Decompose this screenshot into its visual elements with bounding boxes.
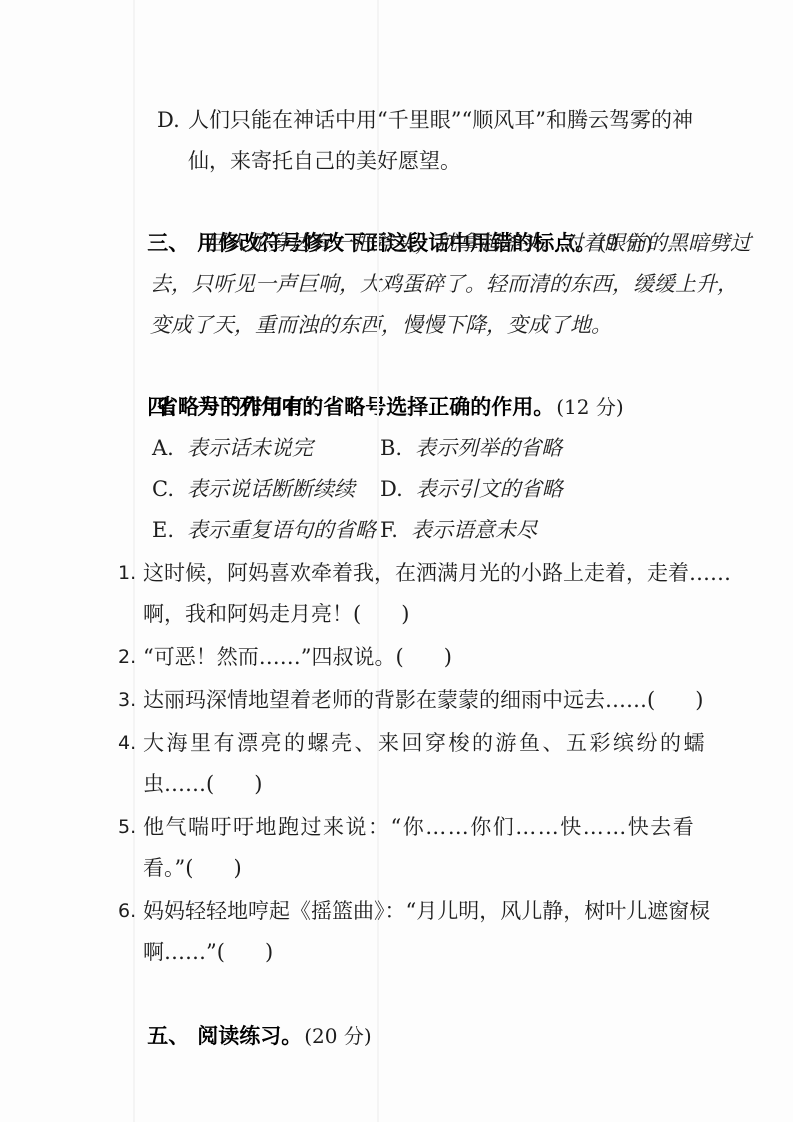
numbered-item-2: 2. “可恶！然而……”四叔说。( ) <box>118 637 743 678</box>
option-c-key: C. <box>152 469 174 510</box>
item-number: 1. <box>118 553 136 594</box>
exam-page: D. 人们只能在神话中用“千里眼”“顺风耳”和腾云驾雾的神 仙，来寄托自己的美好… <box>0 0 793 1122</box>
item-number: 4. <box>118 723 136 764</box>
punctuation-correction-paragraph: 巨人见身边有一把斧头，就拿起斧头。对着眼前的黑暗劈过 去，只听见一声巨响，大鸡蛋… <box>150 223 743 346</box>
numbered-item-4: 4. 大海里有漂亮的螺壳、来回穿梭的游鱼、五彩缤纷的蠕 虫……( ) <box>118 723 743 805</box>
section-five-heading: 五、阅读练习。(20 分) <box>118 975 743 1016</box>
option-row: A.表示话未说完 B.表示列举的省略 <box>152 428 743 469</box>
item-line: 他气喘吁吁地跑过来说：“你……你们……快……快去看 <box>143 807 743 848</box>
option-d-line: 人们只能在神话中用“千里眼”“顺风耳”和腾云驾雾的神 <box>188 100 743 141</box>
item-line: 这时候，阿妈喜欢牵着我，在洒满月光的小路上走着，走着…… <box>143 553 743 594</box>
item-line: 大海里有漂亮的螺壳、来回穿梭的游鱼、五彩缤纷的蠕 <box>143 723 743 764</box>
section-four-score: (12 分) <box>556 395 623 419</box>
section-three-heading: 三、用修改符号修改下面这段话中用错的标点。(9 分) <box>118 182 743 223</box>
item-number: 6. <box>118 891 136 932</box>
option-d2: D.表示引文的省略 <box>380 469 563 510</box>
option-f-text: 表示语意未尽 <box>411 518 537 542</box>
option-b-key: B. <box>380 428 402 469</box>
ellipsis-function-options: A.表示话未说完 B.表示列举的省略 C.表示说话断断续续 D.表示引文的省略 … <box>152 428 743 551</box>
option-e: E.表示重复语句的省略 <box>152 510 380 551</box>
section-five-title: 阅读练习。 <box>197 1024 302 1048</box>
item-line: 妈妈轻轻地哼起《摇篮曲》：“月儿明，风儿静，树叶儿遮窗棂 <box>143 891 743 932</box>
option-e-text: 表示重复语句的省略 <box>187 518 376 542</box>
option-a: A.表示话未说完 <box>152 428 380 469</box>
numbered-item-6: 6. 妈妈轻轻地哼起《摇篮曲》：“月儿明，风儿静，树叶儿遮窗棂 啊……”( ) <box>118 891 743 973</box>
item-line: 达丽玛深情地望着老师的背影在蒙蒙的细雨中远去……( ) <box>143 680 743 721</box>
option-d2-text: 表示引文的省略 <box>416 477 563 501</box>
option-a-key: A. <box>152 428 174 469</box>
item-number: 5. <box>118 807 136 848</box>
section-five-score: (20 分) <box>304 1024 371 1048</box>
paragraph-line: 去，只听见一声巨响，大鸡蛋碎了。轻而清的东西，缓缓上升， <box>150 264 743 305</box>
item-line: 看。”( ) <box>143 848 743 889</box>
numbered-item-5: 5. 他气喘吁吁地跑过来说：“你……你们……快……快去看 看。”( ) <box>118 807 743 889</box>
option-b: B.表示列举的省略 <box>380 428 562 469</box>
option-row: E.表示重复语句的省略 F.表示语意未尽 <box>152 510 743 551</box>
option-row: C.表示说话断断续续 D.表示引文的省略 <box>152 469 743 510</box>
option-f: F.表示语意未尽 <box>380 510 537 551</box>
option-a-text: 表示话未说完 <box>187 436 313 460</box>
option-b-text: 表示列举的省略 <box>415 436 562 460</box>
item-number: 3. <box>118 680 136 721</box>
paragraph-line: 巨人见身边有一把斧头，就拿起斧头。对着眼前的黑暗劈过 <box>150 223 743 264</box>
item-line: 啊……”( ) <box>143 932 743 973</box>
option-c-text: 表示说话断断续续 <box>187 477 355 501</box>
paragraph-line: 变成了天，重而浊的东西，慢慢下降，变成了地。 <box>150 305 743 346</box>
option-e-key: E. <box>152 510 174 551</box>
option-d-label: D. <box>157 100 180 141</box>
option-f-key: F. <box>380 510 398 551</box>
section-five-number: 五、 <box>147 1024 189 1048</box>
choice-option-d: D. 人们只能在神话中用“千里眼”“顺风耳”和腾云驾雾的神 仙，来寄托自己的美好… <box>157 100 743 182</box>
item-number: 2. <box>118 637 136 678</box>
option-c: C.表示说话断断续续 <box>152 469 380 510</box>
section-three-number: 三、 <box>147 231 189 255</box>
item-line: “可恶！然而……”四叔说。( ) <box>143 637 743 678</box>
section-four-heading: 四、为下列句中的省略号选择正确的作用。(12 分) <box>118 346 743 387</box>
option-d2-key: D. <box>380 469 403 510</box>
option-d-line: 仙，来寄托自己的美好愿望。 <box>188 141 743 182</box>
item-line: 虫……( ) <box>143 764 743 805</box>
numbered-item-1: 1. 这时候，阿妈喜欢牵着我，在洒满月光的小路上走着，走着…… 啊，我和阿妈走月… <box>118 553 743 635</box>
numbered-item-3: 3. 达丽玛深情地望着老师的背影在蒙蒙的细雨中远去……( ) <box>118 680 743 721</box>
item-line: 啊，我和阿妈走月亮！( ) <box>143 594 743 635</box>
